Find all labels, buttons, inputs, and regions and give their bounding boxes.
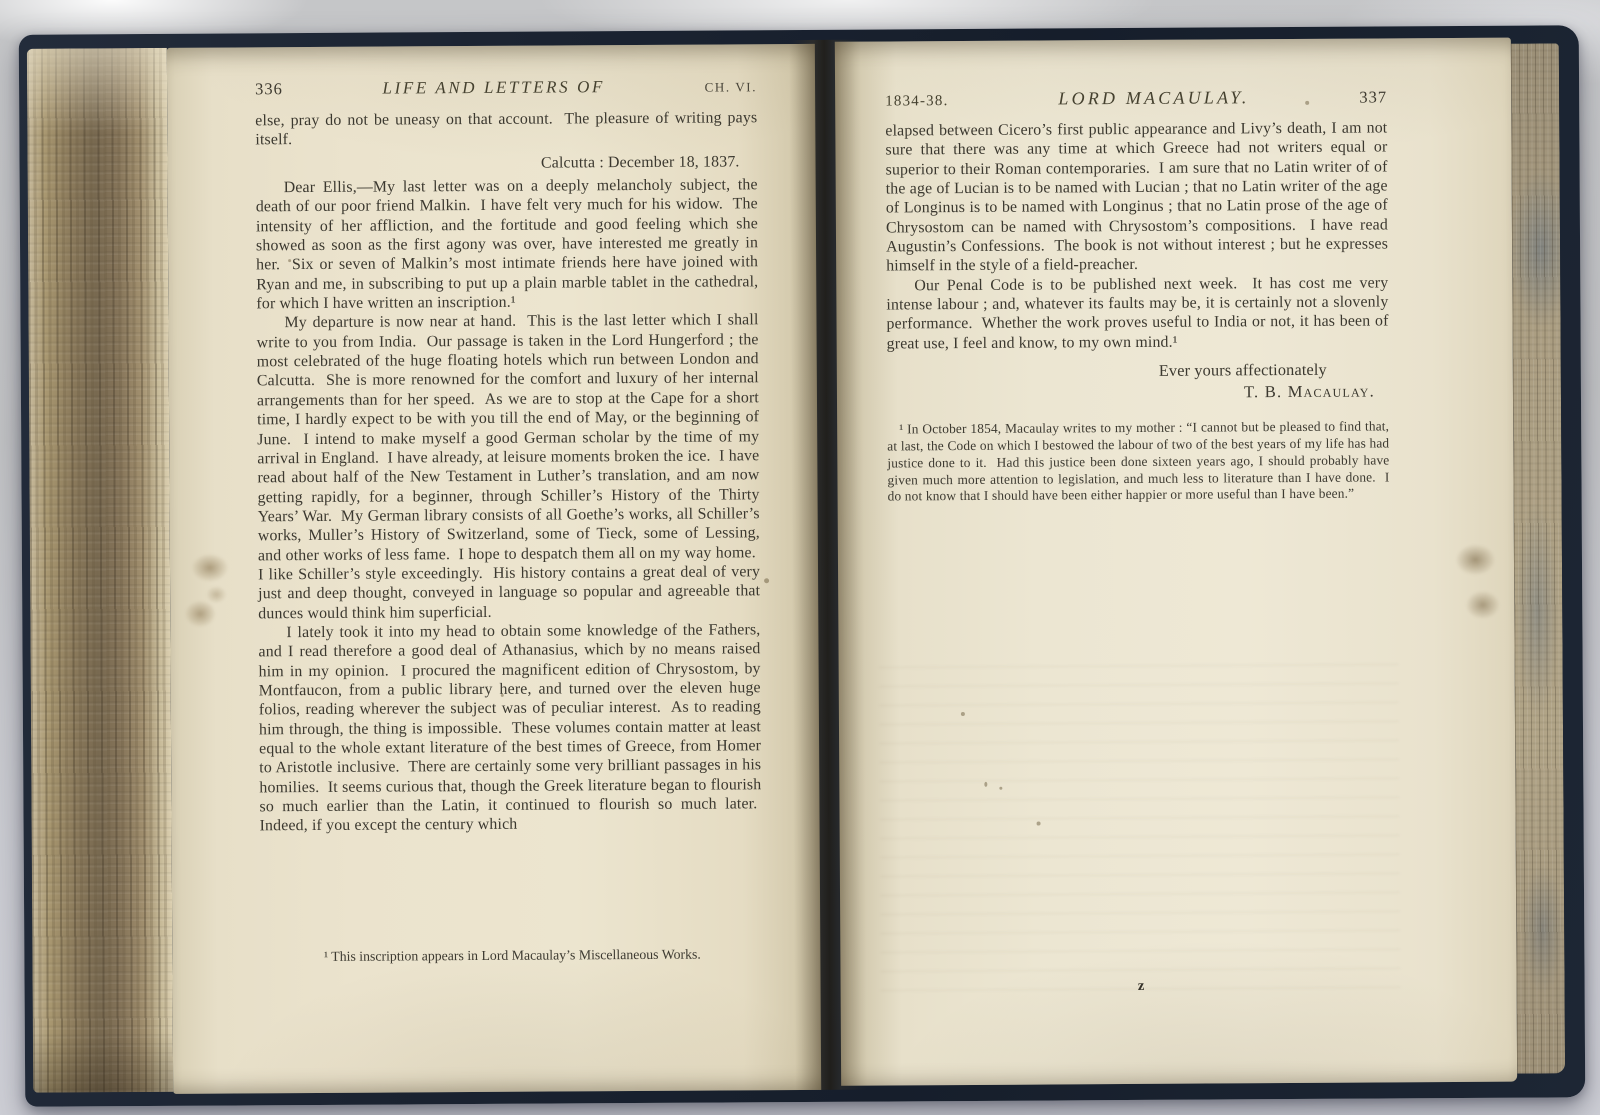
chapter-label: CH. VI. bbox=[705, 79, 758, 95]
paragraph: Our Penal Code is to be published next w… bbox=[886, 273, 1388, 353]
dateline: Calcutta : December 18, 1837. bbox=[255, 152, 757, 174]
right-page: 1834-38. LORD MACAULAY. 337 elapsed betw… bbox=[835, 38, 1517, 1086]
paragraph: Dear Ellis,—My last letter was on a deep… bbox=[256, 175, 759, 313]
left-page-header: 336 LIFE AND LETTERS OF CH. VI. bbox=[255, 76, 757, 99]
footnote-right: ¹ In October 1854, Macaulay writes to my… bbox=[887, 418, 1390, 506]
valediction: Ever yours affectionately bbox=[887, 360, 1389, 382]
page-number-right: 337 bbox=[1359, 87, 1387, 107]
date-range: 1834-38. bbox=[885, 93, 948, 110]
footnote-left: ¹ This inscription appears in Lord Macau… bbox=[236, 946, 788, 965]
signature-mark: z bbox=[891, 976, 1393, 996]
fox-spot bbox=[961, 712, 965, 716]
paragraph: elapsed between Cicero’s first public ap… bbox=[885, 118, 1388, 276]
page-number-left: 336 bbox=[255, 79, 283, 99]
stain bbox=[1444, 536, 1515, 632]
right-page-body: elapsed between Cicero’s first public ap… bbox=[885, 118, 1389, 505]
photo-background: 336 LIFE AND LETTERS OF CH. VI. else, pr… bbox=[0, 0, 1600, 1115]
stain bbox=[174, 546, 237, 642]
left-page-body: else, pray do not be uneasy on that acco… bbox=[255, 108, 761, 836]
paragraph: I lately took it into my head to obtain … bbox=[258, 620, 761, 836]
left-page: 336 LIFE AND LETTERS OF CH. VI. else, pr… bbox=[167, 44, 821, 1094]
right-page-edges bbox=[1511, 43, 1565, 1073]
fox-spot bbox=[984, 782, 987, 787]
signature: T. B. Macaulay. bbox=[887, 382, 1389, 404]
fox-spot bbox=[1037, 822, 1041, 826]
paragraph: else, pray do not be uneasy on that acco… bbox=[255, 108, 757, 150]
running-title-right: LORD MACAULAY. bbox=[1058, 87, 1249, 109]
book: 336 LIFE AND LETTERS OF CH. VI. else, pr… bbox=[19, 25, 1586, 1107]
right-page-header: 1834-38. LORD MACAULAY. 337 bbox=[885, 86, 1387, 110]
running-title-left: LIFE AND LETTERS OF bbox=[382, 77, 605, 98]
overleaf-show-through bbox=[879, 658, 1401, 991]
paragraph: My departure is now near at hand. This i… bbox=[256, 311, 760, 624]
fox-spot bbox=[999, 787, 1002, 790]
left-page-edges bbox=[27, 48, 173, 1093]
fox-spot bbox=[764, 578, 769, 583]
